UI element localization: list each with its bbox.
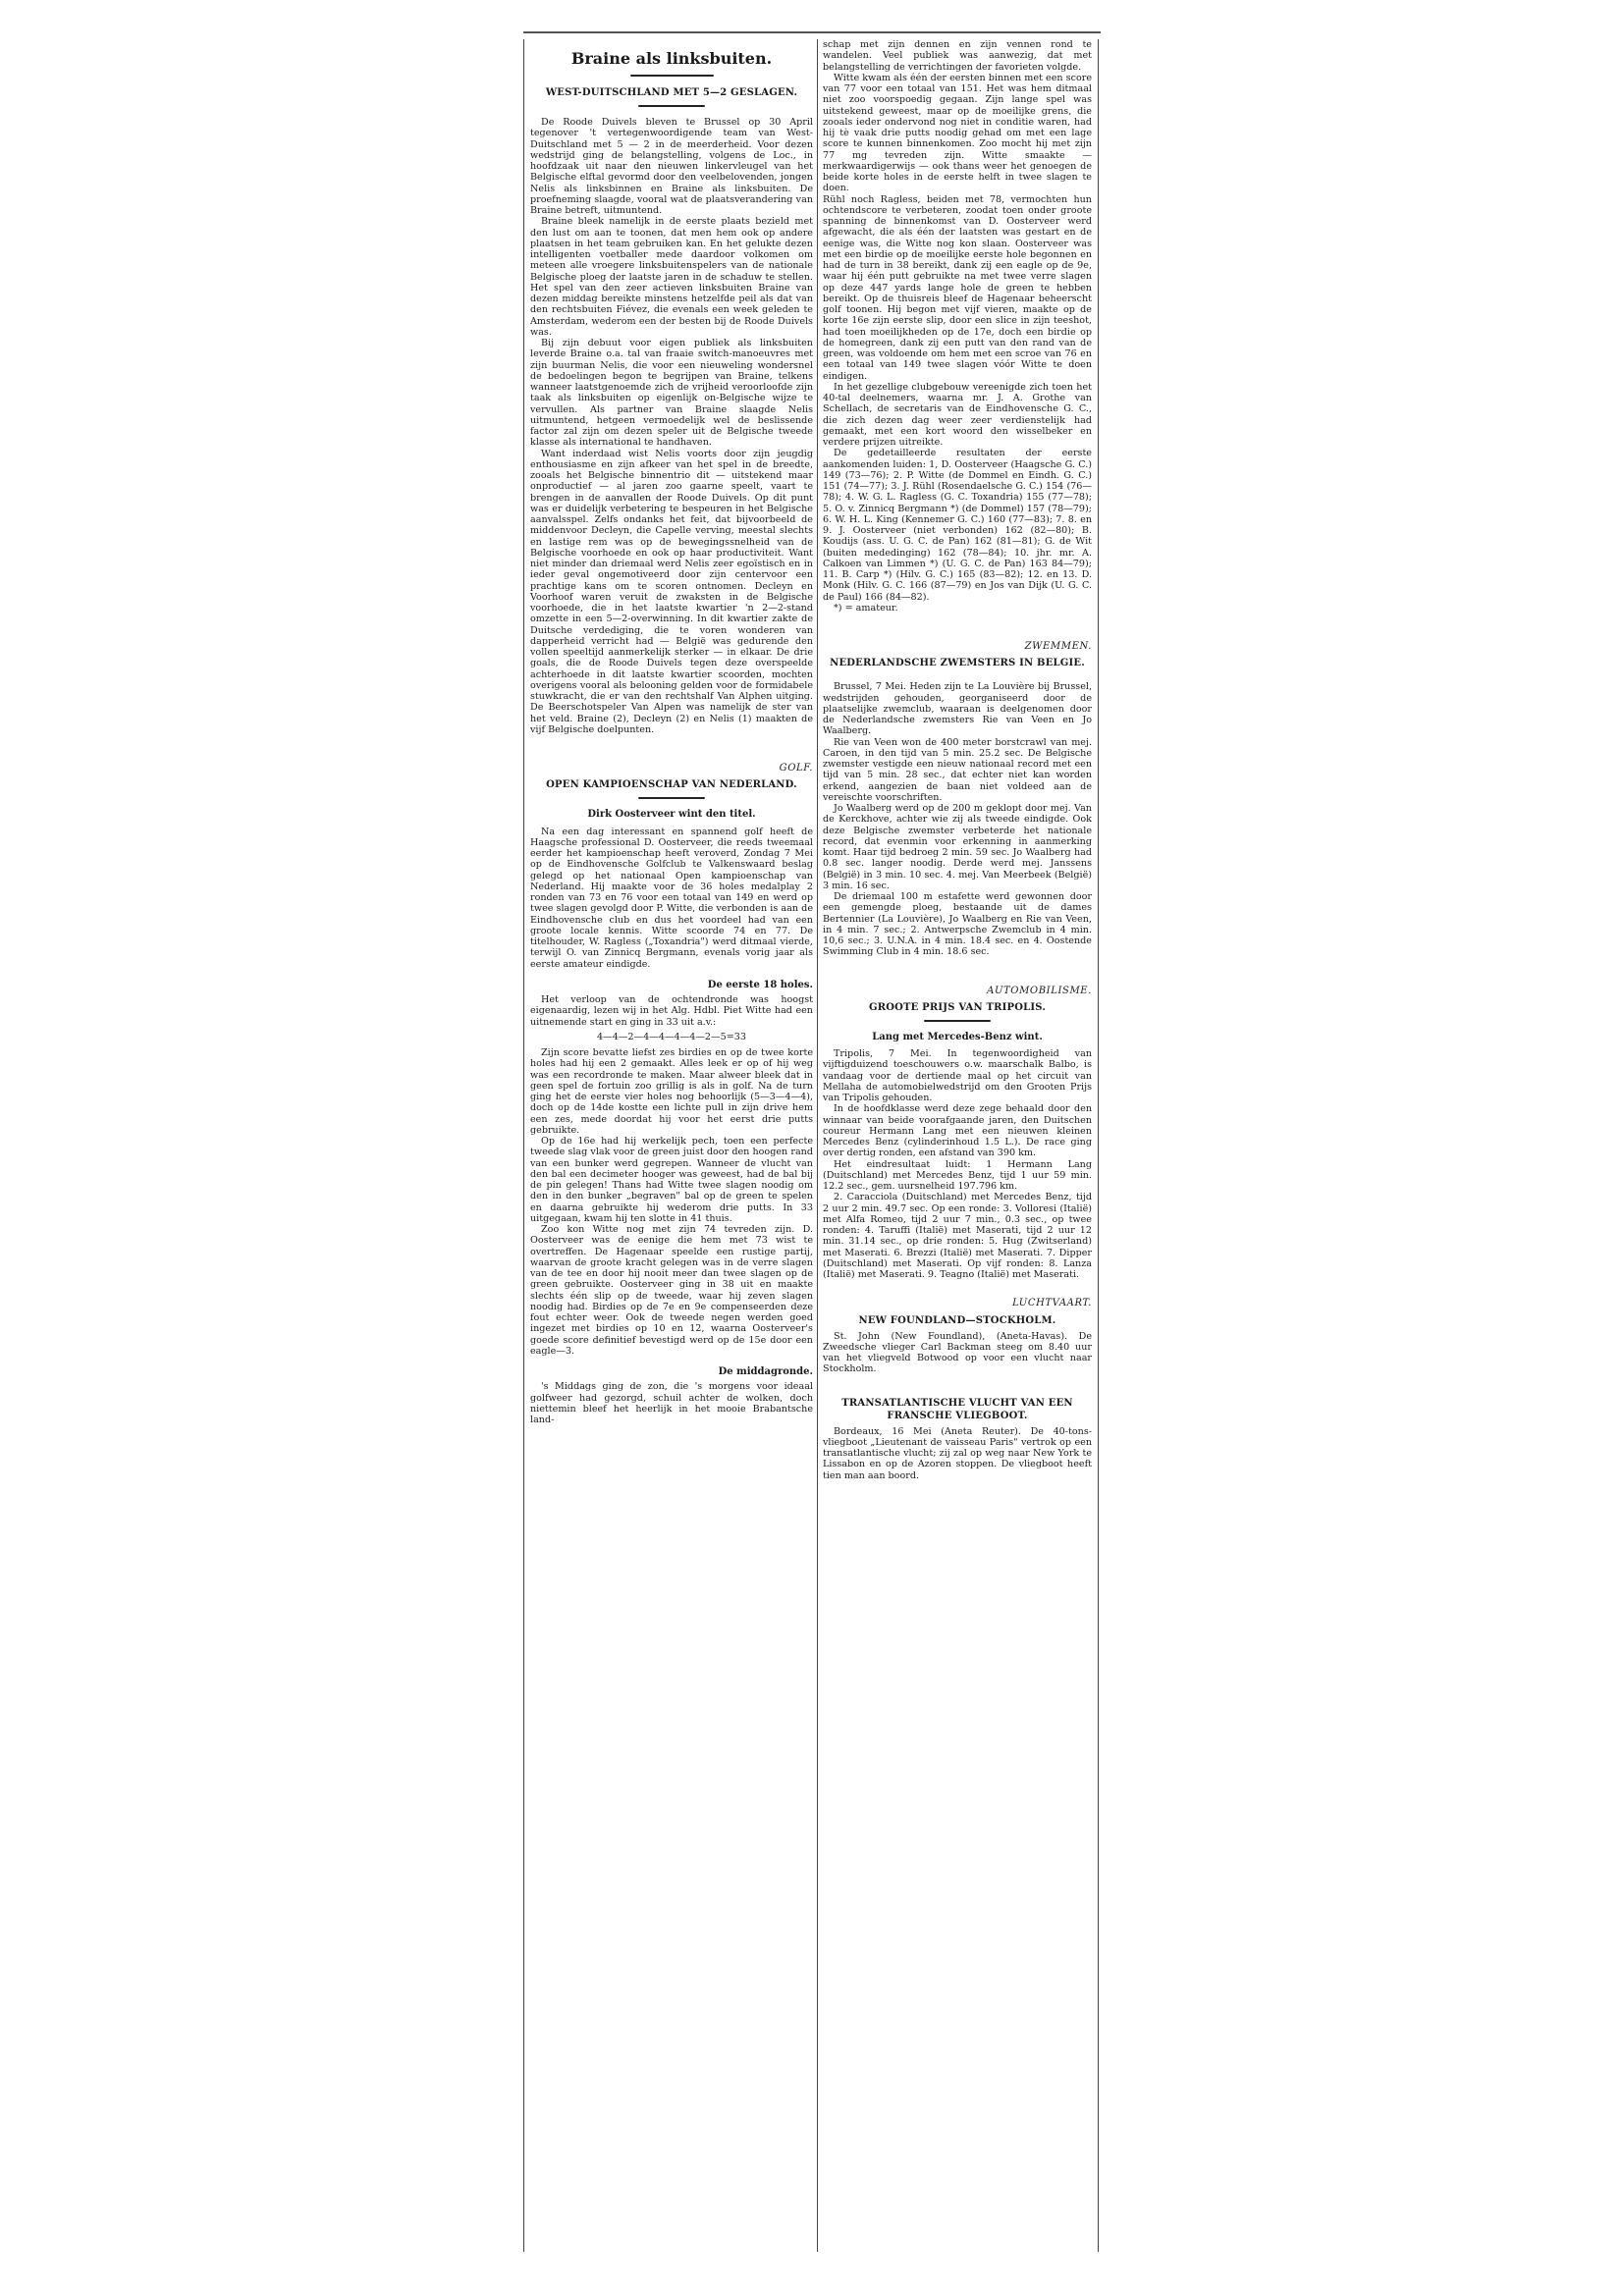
section-label-golf: GOLF.: [530, 763, 813, 774]
paragraph: Zijn score bevatte liefst zes birdies en…: [530, 1047, 813, 1136]
article-headline: GROOTE PRIJS VAN TRIPOLIS.: [823, 1001, 1092, 1014]
divider-rule: [638, 797, 705, 799]
paragraph: Jo Waalberg werd op de 200 m geklopt doo…: [823, 803, 1092, 891]
paragraph: Rie van Veen won de 400 meter borstcrawl…: [823, 737, 1092, 804]
article-headline: NEW FOUNDLAND—STOCKHOLM.: [823, 1314, 1092, 1327]
article-subhead: De eerste 18 holes.: [530, 980, 813, 990]
paragraph: Witte kwam als één der eersten binnen me…: [823, 73, 1092, 194]
paragraph: Want inderdaad wist Nelis voorts door zi…: [530, 449, 813, 736]
divider-rule: [638, 105, 705, 107]
paragraph: Braine bleek namelijk in de eerste plaat…: [530, 216, 813, 338]
aviation-article: LUCHTVAART. NEW FOUNDLAND—STOCKHOLM. St.…: [823, 1298, 1092, 1481]
paragraph: Het eindresultaat luidt: 1 Hermann Lang …: [823, 1159, 1092, 1193]
motorsport-article: AUTOMOBILISME. GROOTE PRIJS VAN TRIPOLIS…: [823, 986, 1092, 1281]
football-article: Braine als linksbuiten. WEST-DUITSCHLAND…: [530, 49, 813, 735]
paragraph: Bij zijn debuut voor eigen publiek als l…: [530, 338, 813, 449]
article-title: Braine als linksbuiten.: [530, 49, 813, 69]
paragraph: St. John (New Foundland), (Aneta-Havas).…: [823, 1331, 1092, 1375]
article-headline: TRANSATLANTISCHE VLUCHT VAN EEN FRANSCHE…: [823, 1397, 1092, 1422]
paragraph: De gedetailleerde resultaten der eerste …: [823, 448, 1092, 603]
paragraph: Tripolis, 7 Mei. In tegenwoordigheid van…: [823, 1048, 1092, 1103]
top-rule: [523, 31, 1101, 33]
paragraph: schap met zijn dennen en zijn vennen ron…: [823, 39, 1092, 73]
paragraph: De Roode Duivels bleven te Brussel op 30…: [530, 117, 813, 216]
section-label-aviation: LUCHTVAART.: [823, 1298, 1092, 1308]
columns: Braine als linksbuiten. WEST-DUITSCHLAND…: [523, 39, 1101, 2252]
paragraph: 2. Caracciola (Duitschland) met Mercedes…: [823, 1192, 1092, 1280]
paragraph: 's Middags ging de zon, die 's morgens v…: [530, 1381, 813, 1425]
score-line: 4—4—2—4—4—4—4—2—5=33: [530, 1032, 813, 1042]
paragraph: In de hoofdklasse werd deze zege behaald…: [823, 1103, 1092, 1158]
paragraph: Op de 16e had hij werkelijk pech, toen e…: [530, 1136, 813, 1224]
paragraph: In het gezellige clubgebouw vereenigde z…: [823, 382, 1092, 449]
paragraph: Rühl noch Ragless, beiden met 78, vermoc…: [823, 194, 1092, 382]
paragraph: Bordeaux, 16 Mei (Aneta Reuter). De 40-t…: [823, 1426, 1092, 1481]
article-headline: WEST-DUITSCHLAND MET 5—2 GESLAGEN.: [530, 86, 813, 99]
article-headline: NEDERLANDSCHE ZWEMSTERS IN BELGIE.: [823, 657, 1092, 669]
paragraph: De driemaal 100 m estafette werd gewonne…: [823, 891, 1092, 958]
article-headline: OPEN KAMPIOENSCHAP VAN NEDERLAND.: [530, 778, 813, 791]
article-subhead: Lang met Mercedes-Benz wint.: [823, 1032, 1092, 1042]
right-column: schap met zijn dennen en zijn vennen ron…: [818, 39, 1099, 2252]
section-label-swimming: ZWEMMEN.: [823, 641, 1092, 652]
golf-article: GOLF. OPEN KAMPIOENSCHAP VAN NEDERLAND. …: [530, 763, 813, 1425]
divider-rule: [924, 1020, 991, 1022]
paragraph: Zoo kon Witte nog met zijn 74 tevreden z…: [530, 1224, 813, 1357]
left-column: Braine als linksbuiten. WEST-DUITSCHLAND…: [523, 39, 818, 2252]
footnote: *) = amateur.: [823, 603, 1092, 614]
divider-rule: [630, 75, 714, 77]
article-subhead: Dirk Oosterveer wint den titel.: [530, 809, 813, 820]
swimming-article: ZWEMMEN. NEDERLANDSCHE ZWEMSTERS IN BELG…: [823, 641, 1092, 958]
section-label-motorsport: AUTOMOBILISME.: [823, 986, 1092, 996]
paragraph: Brussel, 7 Mei. Heden zijn te La Louvièr…: [823, 681, 1092, 736]
paragraph: Na een dag interessant en spannend golf …: [530, 827, 813, 970]
paragraph: Het verloop van de ochtendronde was hoog…: [530, 994, 813, 1028]
article-subhead: De middagronde.: [530, 1366, 813, 1377]
golf-continued: schap met zijn dennen en zijn vennen ron…: [823, 39, 1092, 614]
